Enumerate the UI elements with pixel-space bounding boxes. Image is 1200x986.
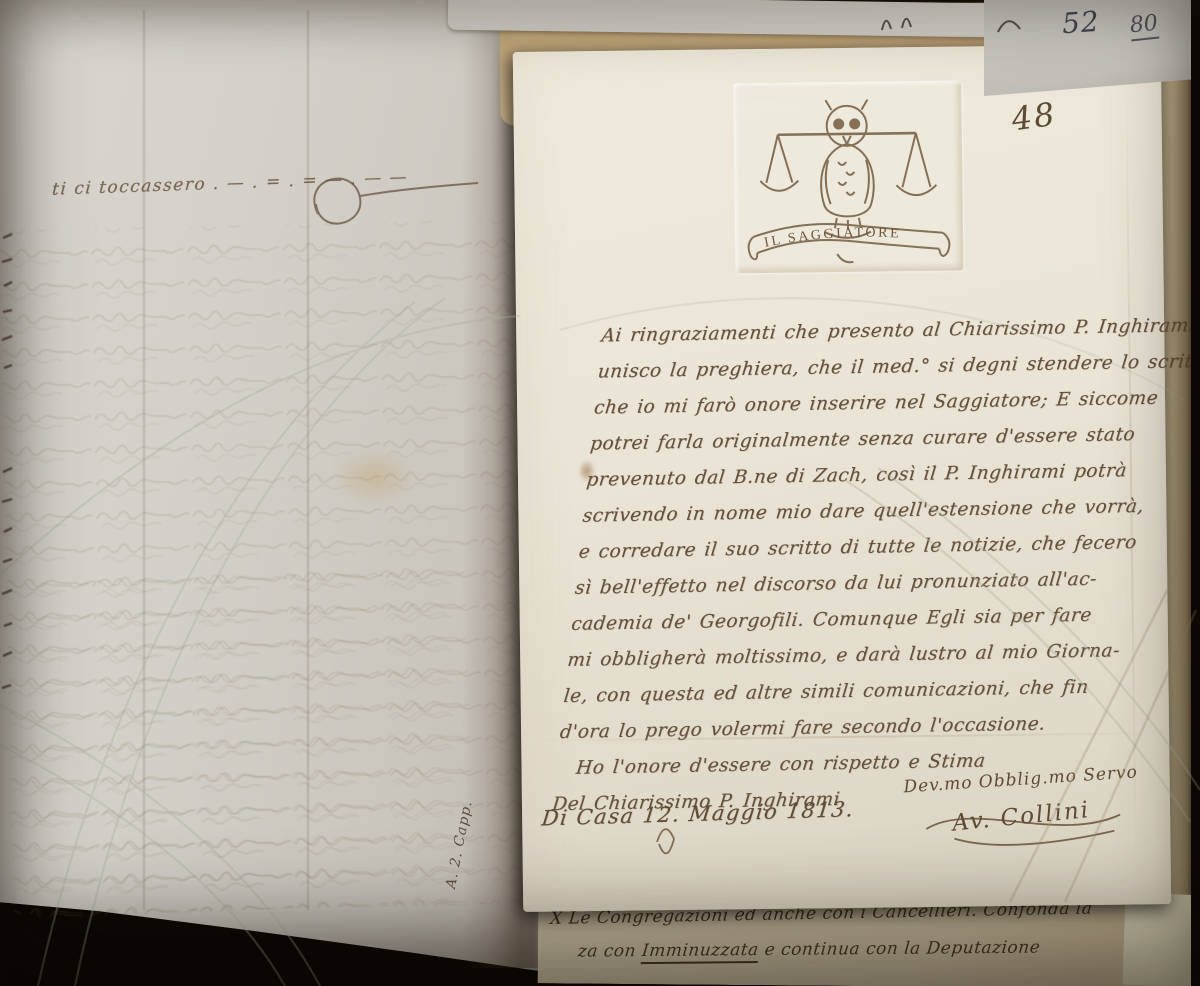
bottom-note-line2-suffix: e continua con la Deputazione [758, 938, 1041, 960]
archive-photo-scene: ti ci toccassero . — . = . = — . — — A. … [0, 0, 1200, 986]
letter-sheet: 48 [513, 44, 1171, 912]
left-page-crease [306, 10, 310, 910]
signature-block: Dev.mo Obblig.mo Servo Av. Collini [890, 768, 1153, 831]
bottom-right-scrap [1122, 893, 1200, 986]
bottom-note-line2-prefix: za con [577, 941, 643, 962]
left-page-crease [142, 10, 146, 910]
bottom-note-underlined-word: Imminuzzata [641, 940, 760, 964]
ink-stain [578, 459, 596, 483]
folio-number: 48 [1009, 95, 1058, 139]
owl-icon [820, 100, 874, 239]
embossed-plate: IL SAGGIATORE [733, 81, 963, 274]
paper-stain [332, 448, 416, 506]
pencil-number: 52 [1061, 5, 1101, 41]
bottom-note-line2: za con Imminuzzata e continua con la Dep… [577, 938, 1041, 962]
letter-body: Ai ringraziamenti che presento al Chiari… [550, 308, 1183, 823]
saggiatore-emblem: IL SAGGIATORE [739, 85, 955, 268]
book-edge-dark [1191, 0, 1200, 986]
pencil-number-alt: 80 [1129, 11, 1160, 42]
